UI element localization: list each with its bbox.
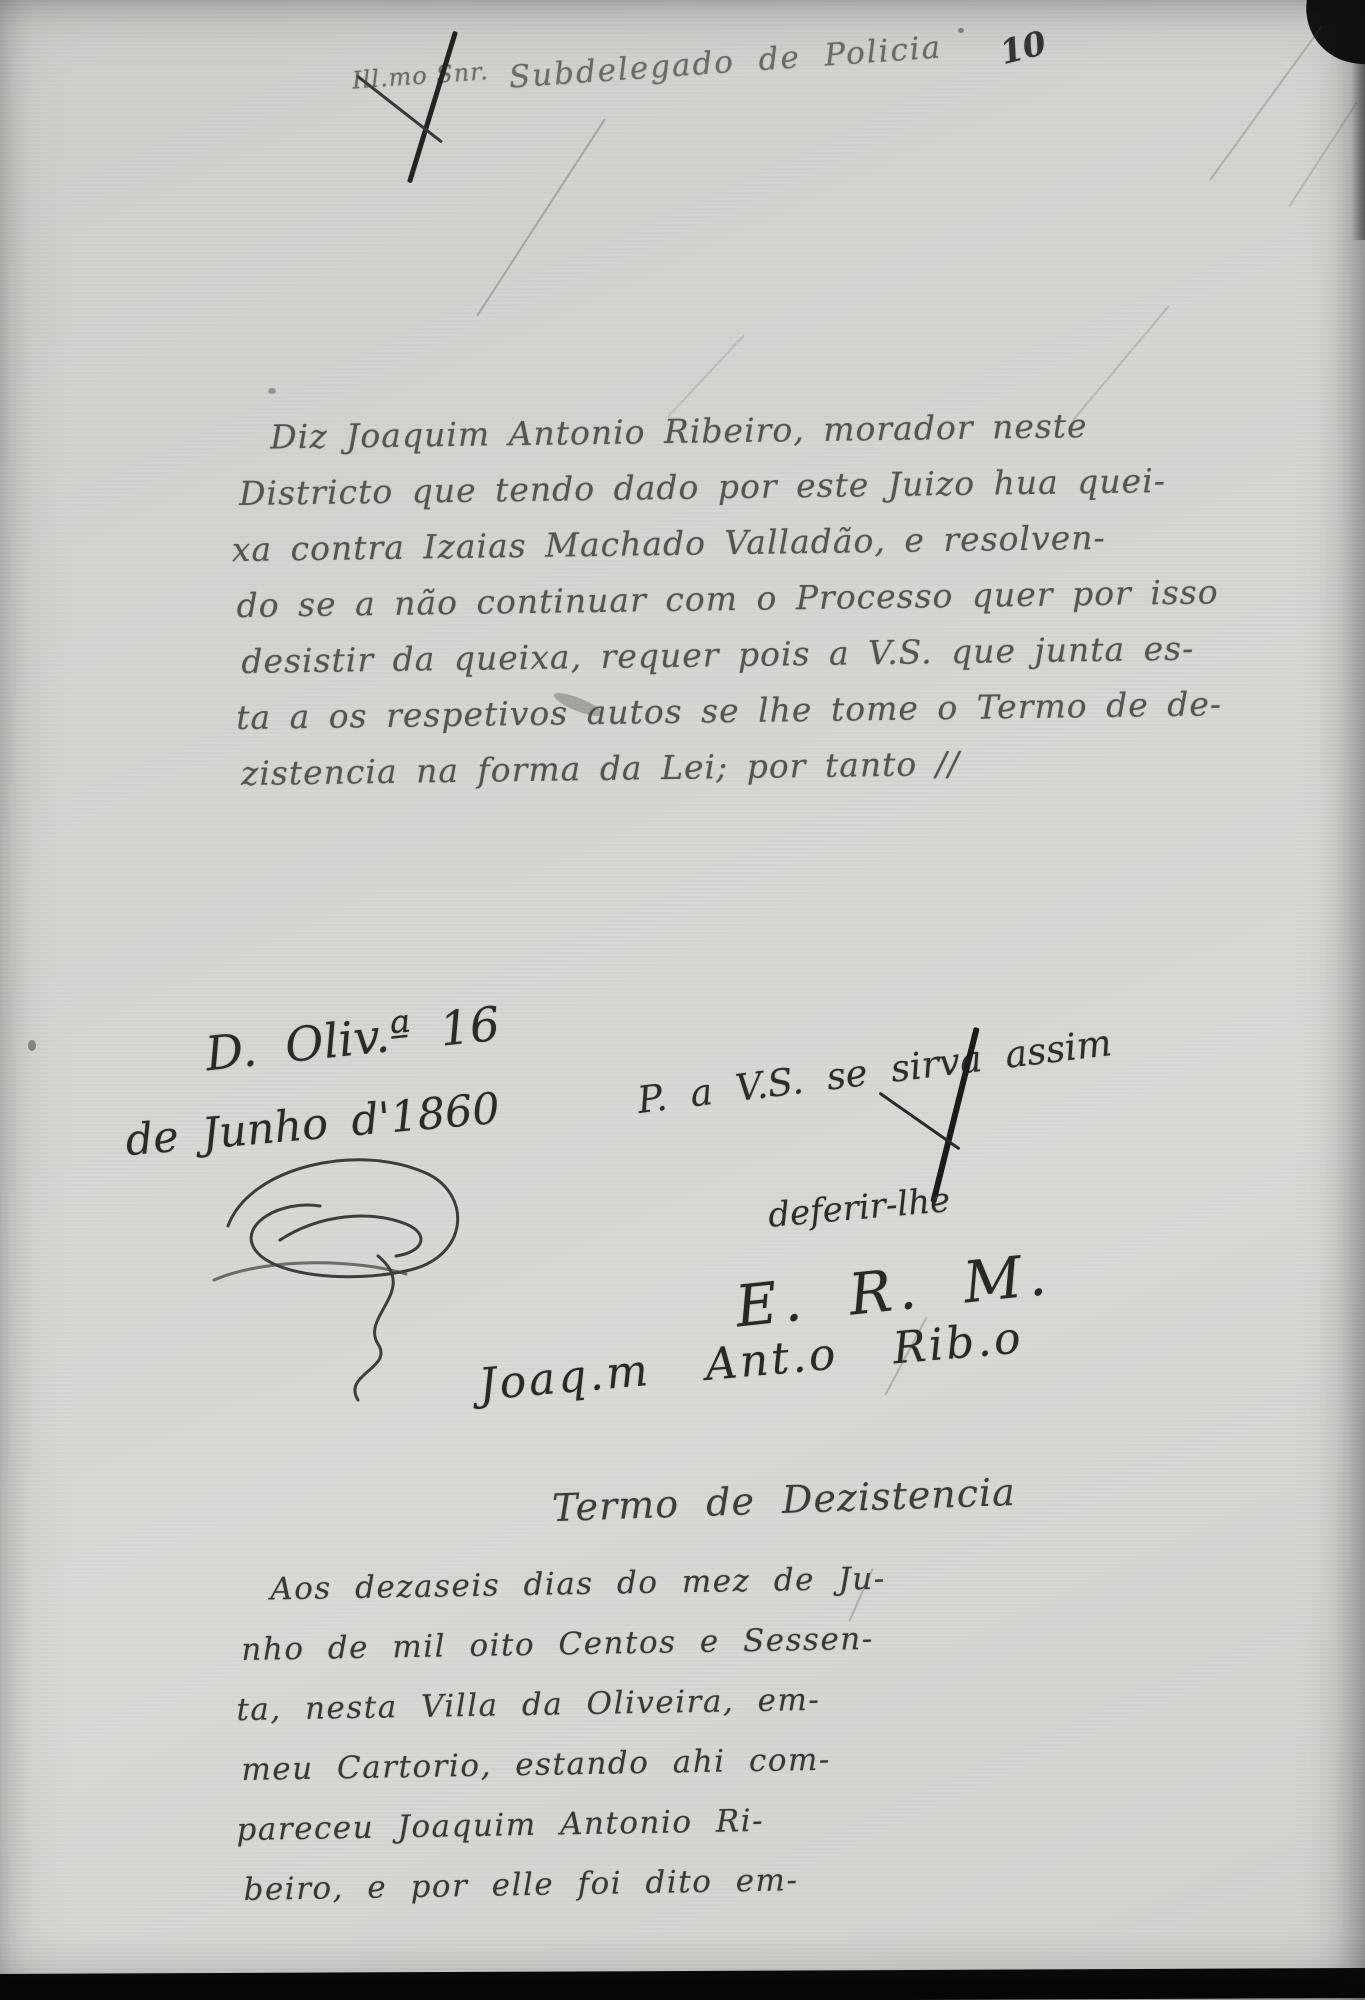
petition-line: xa contra Izaias Machado Valladão, e res… [232,518,1106,569]
closing-request-line1: P. a V.S. se sirva assim [635,1021,1114,1122]
pencil-streak [1072,305,1170,421]
petition-line: zistencia na forma da Lei; por tanto // [241,744,961,793]
rubrica-flourish [210,1148,490,1408]
scan-edge-shadow [1351,0,1365,240]
cross-out-stroke [407,31,458,184]
dateline-place-day: D. Oliv.ª 16 [203,997,503,1083]
term-line: pareceu Joaquim Antonio Ri- [236,1803,764,1848]
scan-background-strip [0,1968,1365,2000]
petition-line: Diz Joaquim Antonio Ribeiro, morador nes… [270,406,1088,456]
page-number: 10 [996,23,1050,72]
pencil-streak [476,118,606,316]
pencil-streak [1288,102,1358,208]
ink-speck [958,28,964,33]
term-line: beiro, e por elle foi dito em- [243,1862,798,1908]
petition-line: Districto que tendo dado por este Juizo … [239,461,1166,513]
header-title: Subdelegado de Policia [508,29,944,95]
closing-request-line2: deferir-lhe [767,1180,952,1236]
term-line: Aos dezaseis dias do mez de Ju- [270,1561,886,1608]
ink-speck [268,388,276,394]
petition-line: ta a os respetivos autos se lhe tome o T… [236,684,1222,737]
header-address: Ill.mo Snr.Subdelegado de Policia [351,29,943,106]
term-line: ta, nesta Villa da Oliveira, em- [236,1682,821,1728]
petition-line: do se a não continuar com o Processo que… [236,572,1218,625]
cross-out-stroke [879,1092,961,1151]
manuscript-page: 10 Ill.mo Snr.Subdelegado de Policia Diz… [0,0,1365,2000]
ink-speck [28,1040,36,1051]
pencil-streak [1209,26,1322,181]
term-line: nho de mil oito Centos e Sessen- [241,1621,874,1668]
petition-line: desistir da queixa, requer pois a V.S. q… [241,629,1194,681]
term-heading: Termo de Dezistencia [551,1470,1016,1530]
term-line: meu Cartorio, estando ahi com- [241,1742,831,1788]
pencil-streak [667,334,745,417]
